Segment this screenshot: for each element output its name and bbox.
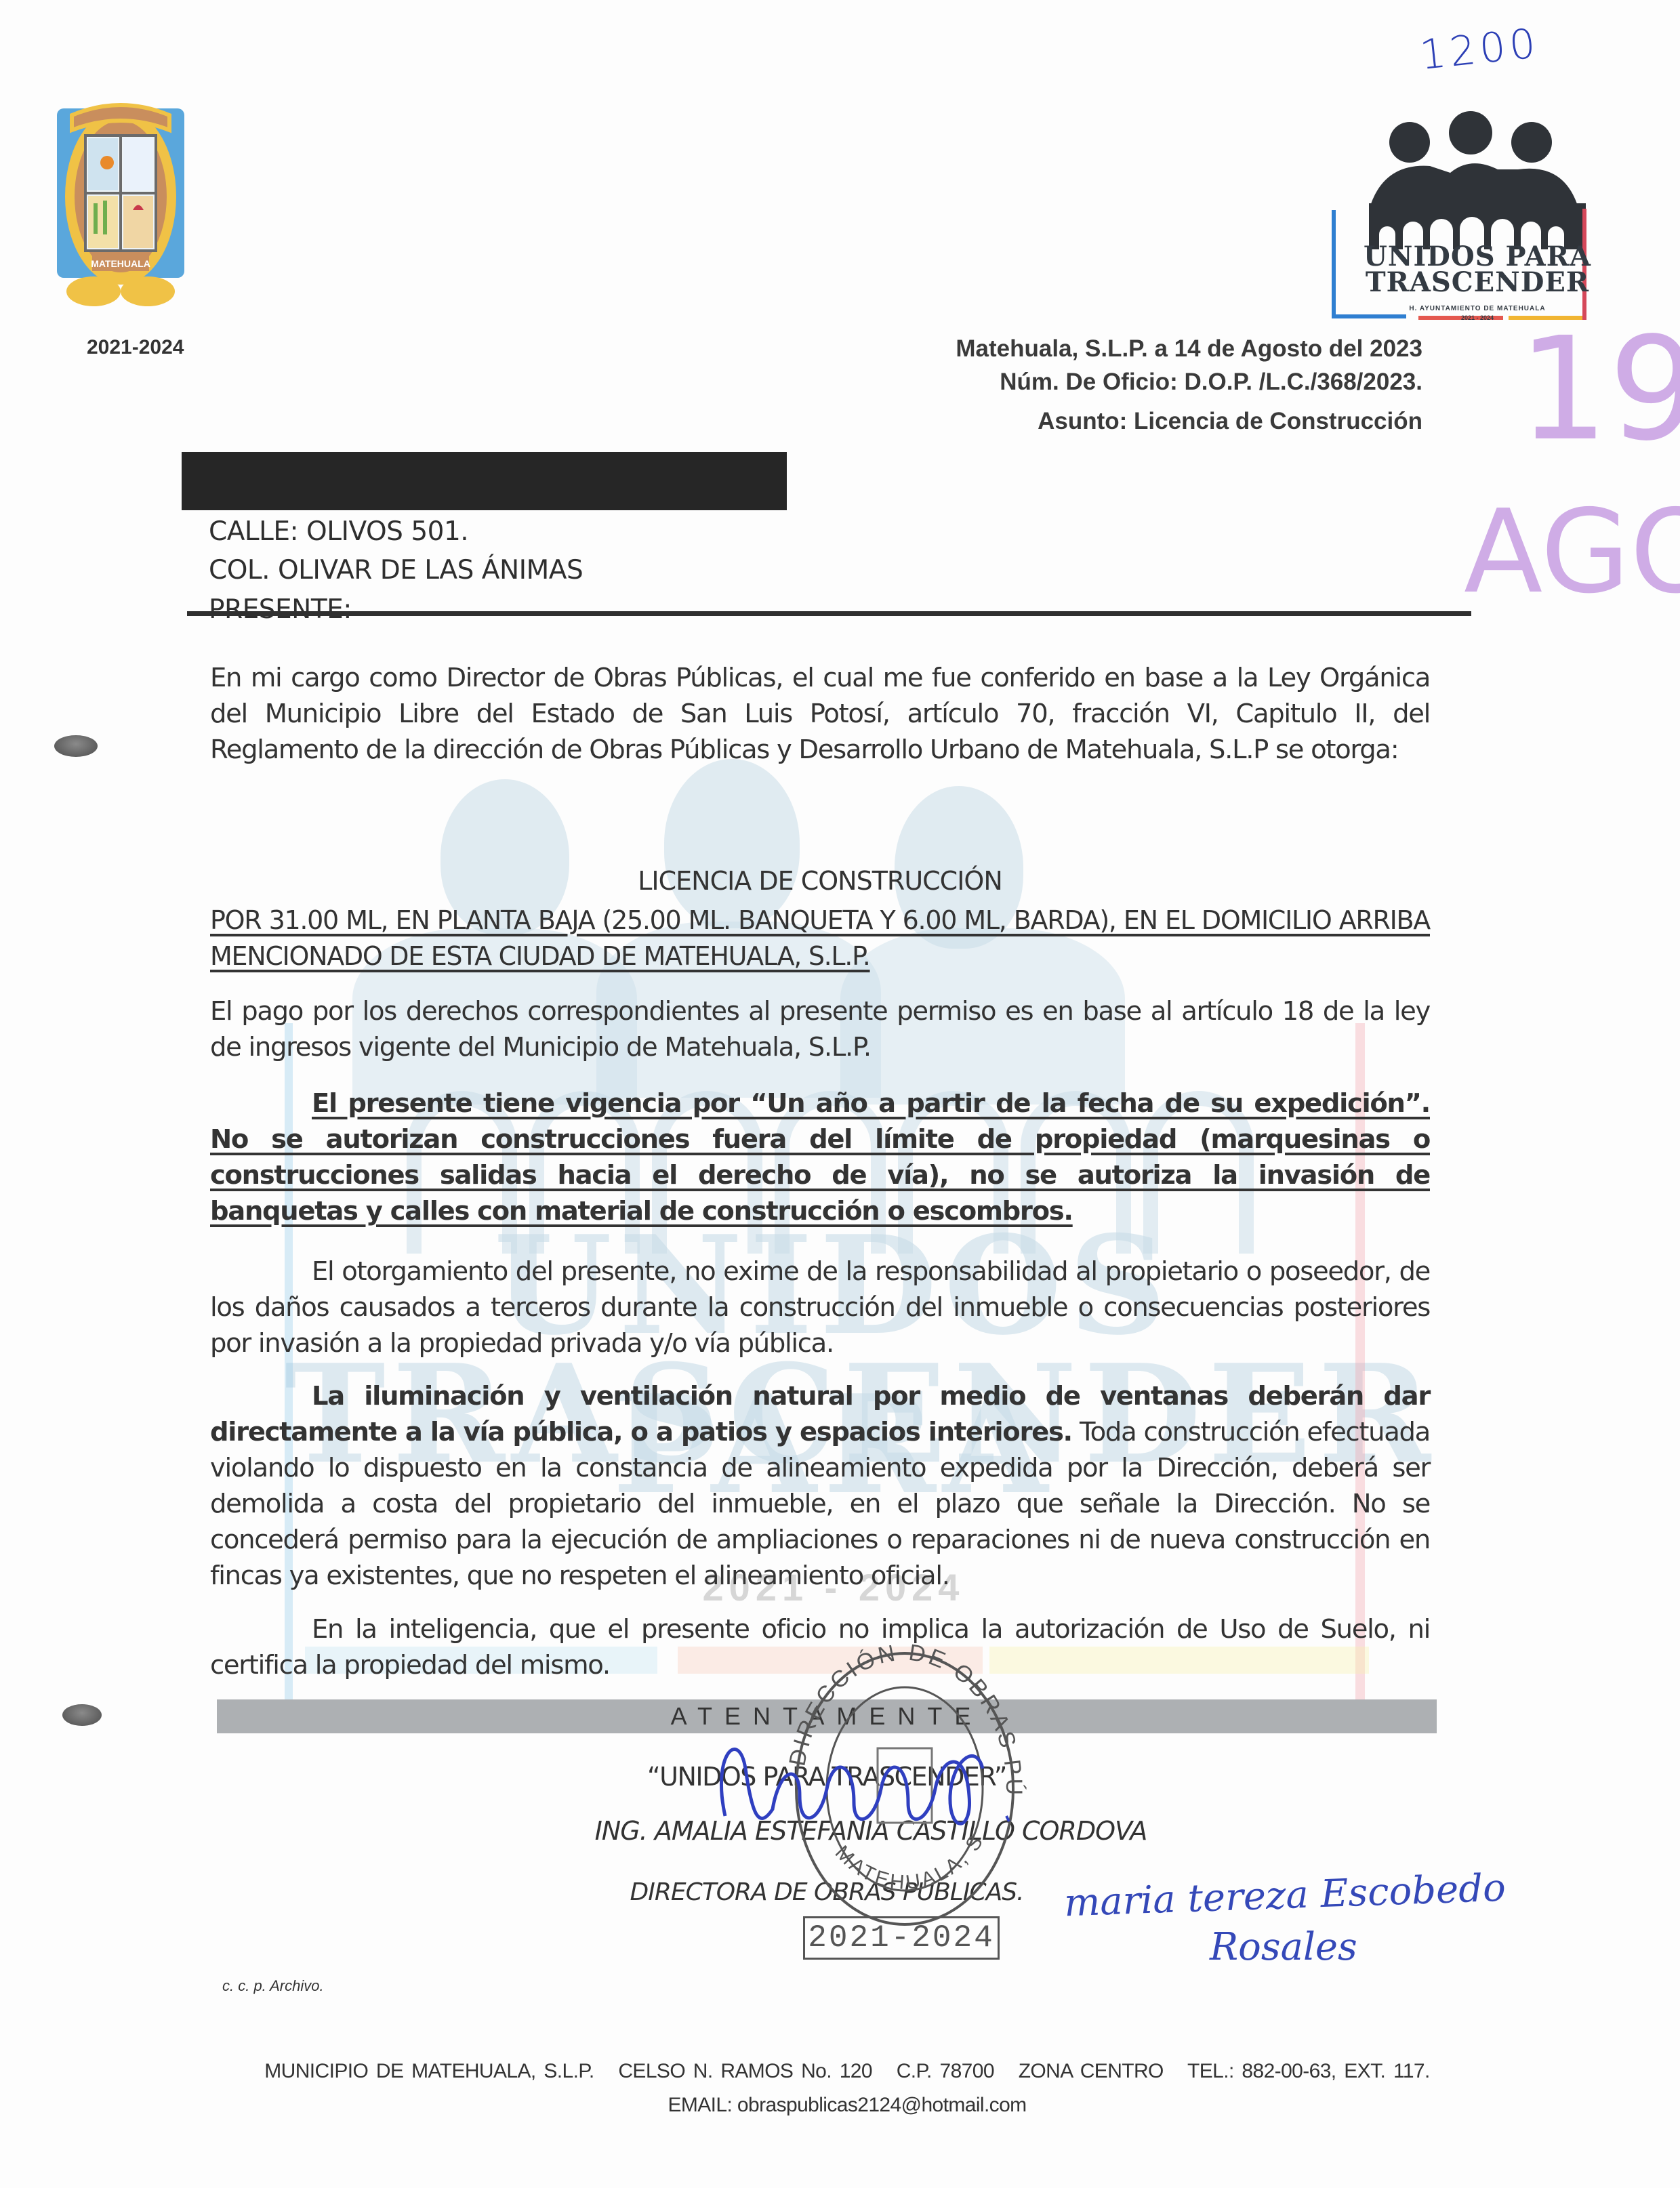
subject: Asunto: Licencia de Construcción bbox=[1038, 409, 1422, 433]
license-title: LICENCIA DE CONSTRUCCIÓN bbox=[210, 866, 1430, 896]
unidos-para-trascender-logo-icon bbox=[1328, 108, 1626, 339]
liability-text: El otorgamiento del presente, no exime d… bbox=[210, 1256, 1430, 1359]
hole-punch bbox=[54, 735, 98, 757]
handwritten-received-month: AGO bbox=[1464, 495, 1680, 610]
footer-street: CELSO N. RAMOS No. 120 bbox=[618, 2060, 872, 2082]
svg-text:MATEHUALA: MATEHUALA bbox=[91, 258, 150, 269]
paragraph-liability: El otorgamiento del presente, no exime d… bbox=[210, 1254, 1430, 1361]
paragraph-intro: En mi cargo como Director de Obras Públi… bbox=[210, 660, 1430, 768]
administration-period: 2021-2024 bbox=[87, 336, 184, 359]
handwritten-signature bbox=[698, 1714, 1050, 1857]
footer-municipio: MUNICIPIO DE MATEHUALA, S.L.P. bbox=[264, 2060, 594, 2082]
handwritten-number: 1200 bbox=[1418, 20, 1542, 79]
handwritten-received-by: maria tereza Escobedo bbox=[1063, 1870, 1506, 1923]
validity-text: El presente tiene vigencia por “Un año a… bbox=[210, 1088, 1430, 1226]
hole-punch bbox=[62, 1704, 102, 1726]
carbon-copy: c. c. p. Archivo. bbox=[222, 1977, 324, 1995]
logo-title: UNIDOS PARA TRASCENDER bbox=[1355, 244, 1599, 295]
footer-address: MUNICIPIO DE MATEHUALA, S.L.P. CELSO N. … bbox=[169, 2060, 1525, 2083]
footer-zone: ZONA CENTRO bbox=[1019, 2060, 1164, 2082]
recipient-street: CALLE: OLIVOS 501. bbox=[209, 518, 468, 545]
paragraph-payment: El pago por los derechos correspondiente… bbox=[210, 993, 1430, 1065]
footer-phone: TEL.: 882-00-63, EXT. 117. bbox=[1187, 2060, 1430, 2082]
handwritten-received-day: 19 bbox=[1518, 318, 1680, 461]
footer-email: EMAIL: obraspublicas2124@hotmail.com bbox=[169, 2094, 1525, 2117]
license-detail: POR 31.00 ML, EN PLANTA BAJA (25.00 ML. … bbox=[210, 903, 1430, 974]
paragraph-lighting: La iluminación y ventilación natural por… bbox=[210, 1378, 1430, 1594]
place-and-date: Matehuala, S.L.P. a 14 de Agosto del 202… bbox=[956, 337, 1422, 360]
divider bbox=[187, 611, 1471, 616]
redacted-recipient-name bbox=[182, 452, 787, 510]
handwritten-received-by-surname: Rosales bbox=[1210, 1928, 1357, 1966]
logo-frame-blue bbox=[1332, 210, 1336, 318]
paragraph-validity: El presente tiene vigencia por “Un año a… bbox=[210, 1086, 1430, 1229]
seal-year-box: 2021-2024 bbox=[803, 1916, 1000, 1960]
municipal-crest-icon: MATEHUALA bbox=[53, 95, 188, 312]
oficio-number: Núm. De Oficio: D.O.P. /L.C./368/2023. bbox=[1000, 370, 1422, 394]
logo-title-line2: TRASCENDER bbox=[1355, 270, 1599, 295]
recipient-greeting: PRESENTE: bbox=[209, 596, 352, 623]
recipient-colonia: COL. OLIVAR DE LAS ÁNIMAS bbox=[209, 557, 583, 583]
footer-postal-code: C.P. 78700 bbox=[897, 2060, 994, 2082]
